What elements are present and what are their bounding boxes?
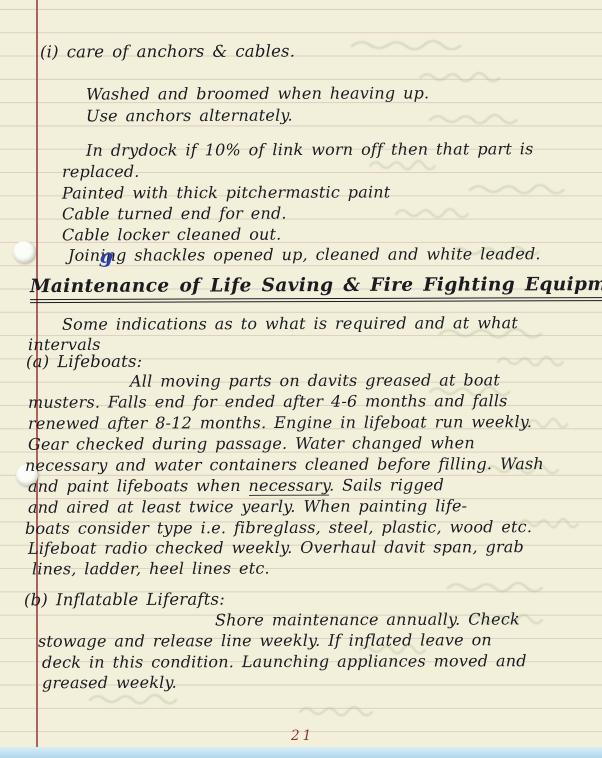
section-i-heading: (i) care of anchors & cables. [40,42,295,63]
handwriting-line: replaced. [62,162,140,182]
handwriting-line: musters. Falls end for ended after 4-6 m… [28,391,508,413]
handwriting-line: Washed and broomed when heaving up. [86,83,429,104]
hole-punch-top [13,241,35,263]
handwriting-line: All moving parts on davits greased at bo… [130,370,500,391]
handwriting-line: Joining shackles opened up, cleaned and … [68,244,541,266]
handwriting-line: Lifeboat radio checked weekly. Overhaul … [28,537,524,559]
handwriting-line: In drydock if 10% of link worn off then … [86,139,534,161]
scanned-notebook-page: (i) care of anchors & cables. Washed and… [0,0,602,758]
page-title: Maintenance of Life Saving & Fire Fighti… [30,274,602,303]
intro-line: Some indications as to what is required … [62,313,518,335]
handwriting-line: Cable turned end for end. [62,204,287,225]
handwriting-line: lines, ladder, heel lines etc. [32,559,270,580]
line-segment: . Sails rigged [329,475,444,494]
section-a-label: (a) Lifeboats: [26,352,142,372]
handwriting-line: and paint lifeboats when necessary. Sail… [28,475,444,496]
handwriting-line: Gear checked during passage. Water chang… [28,433,475,455]
line-segment: and paint lifeboats when [28,476,249,496]
handwriting-line: Painted with thick pitchermastic paint [62,182,390,203]
handwriting-line: Shore maintenance annually. Check [215,609,520,630]
scanner-edge-strip [0,747,602,758]
handwriting-line: Use anchors alternately. [86,106,293,127]
underlined-word: necessary [248,476,329,496]
handwriting-line: necessary and water containers cleaned b… [25,454,544,476]
handwriting-line: boats consider type i.e. fibreglass, ste… [25,517,532,539]
handwriting-line: Cable locker cleaned out. [62,225,282,246]
handwriting-line: greased weekly. [42,673,177,693]
handwriting-line: and aired at least twice yearly. When pa… [28,496,467,518]
section-b-label: (b) Inflatable Liferafts: [24,590,225,611]
page-number: 21 [291,728,314,744]
handwriting-line: renewed after 8-12 months. Engine in lif… [28,412,532,434]
handwriting-line: deck in this condition. Launching applia… [42,651,527,673]
handwriting-line: stowage and release line weekly. If infl… [38,630,492,652]
page-title-wrap: Maintenance of Life Saving & Fire Fighti… [30,275,602,297]
